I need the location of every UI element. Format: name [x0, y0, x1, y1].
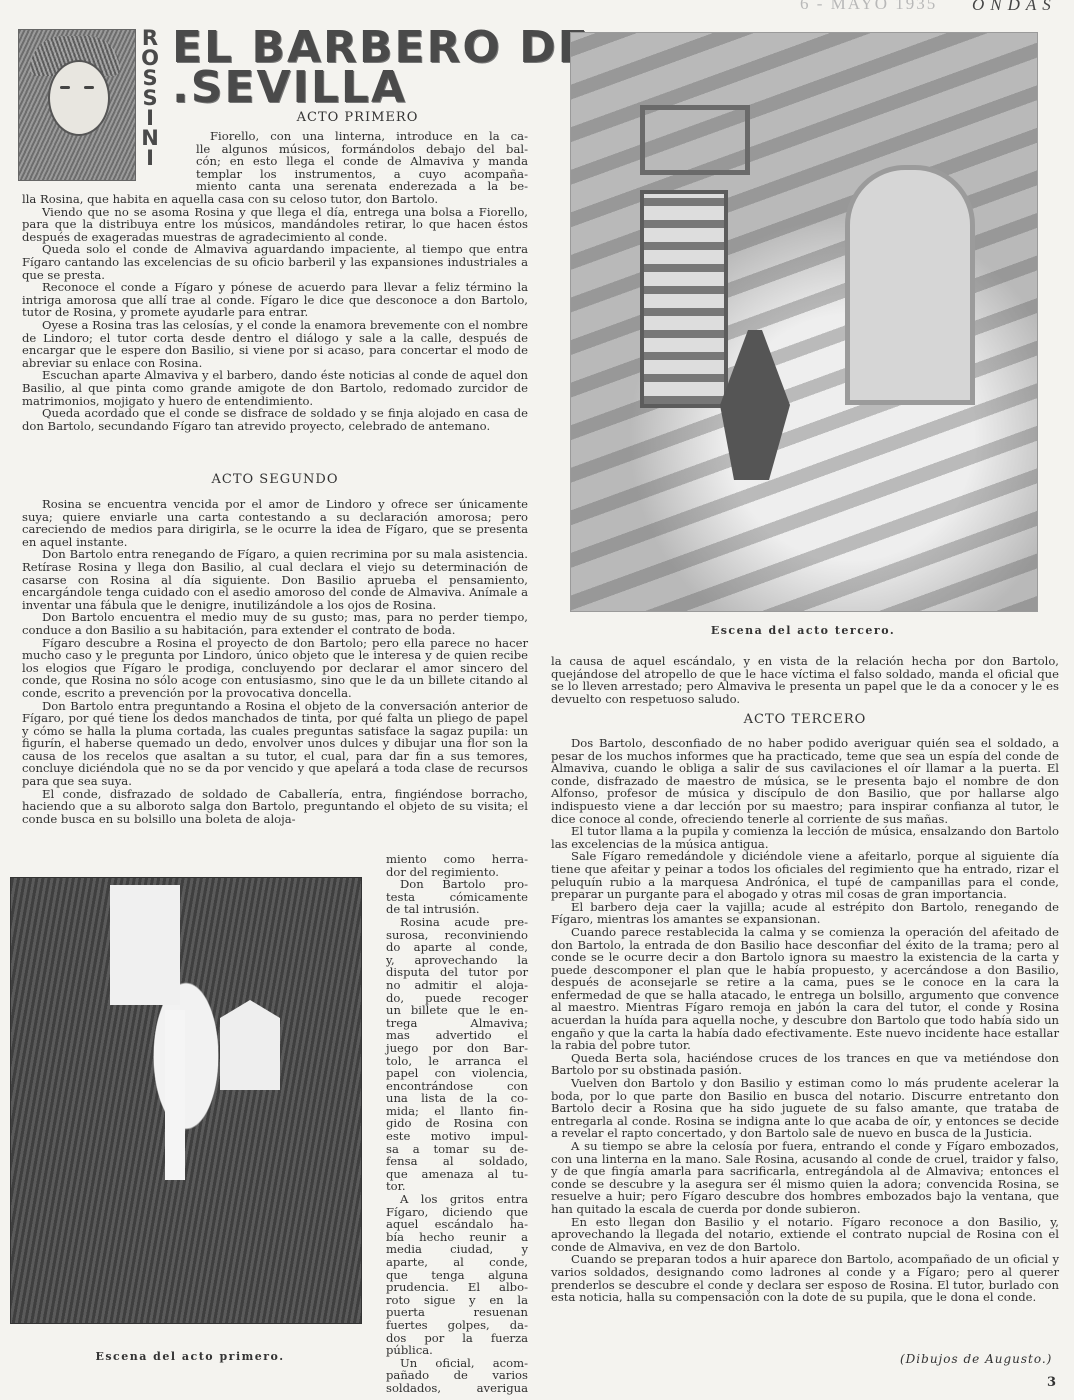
- act1-scene-illustration: [10, 877, 362, 1324]
- text-line: no admitir el aloja-: [386, 979, 528, 992]
- text-line: aparte, al conde,: [386, 1256, 528, 1269]
- narrow-column-lines: miento como herra-dor del regimiento.Don…: [386, 853, 528, 1395]
- composer-letter: N: [139, 128, 161, 148]
- act3-illustration-caption: Escena del acto tercero.: [570, 624, 1036, 637]
- composer-letters: ROSSINI: [139, 28, 161, 168]
- act1-body: lla Rosina, que habita en aquella casa c…: [22, 193, 528, 432]
- paragraph: Don Bartolo entra renegando de Fígaro, a…: [22, 548, 528, 611]
- act2-paragraphs: Rosina se encuentra vencida por el amor …: [22, 498, 528, 825]
- text-line: soldados, averigua: [386, 1382, 528, 1395]
- illustration-credit: (Dibujos de Augusto.): [900, 1352, 1052, 1366]
- composer-letter: O: [139, 48, 161, 68]
- text-line: una lista de la co-: [386, 1092, 528, 1105]
- paragraph: Vuelven don Bartolo y don Basilio y esti…: [551, 1077, 1059, 1140]
- illustration-house-shape: [110, 885, 180, 1005]
- paragraph: Oyese a Rosina tras las celosías, y el c…: [22, 319, 528, 369]
- act3-body: Dos Bartolo, desconfiado de no haber pod…: [551, 737, 1059, 1304]
- text-line: pública.: [386, 1344, 528, 1357]
- portrait-eye-icon: [60, 86, 70, 89]
- text-line: un billete que le en-: [386, 1004, 528, 1017]
- continuation-paragraph: la causa de aquel escándalo, y en vista …: [551, 655, 1059, 705]
- paragraph: En esto llegan don Basilio y el notario.…: [551, 1216, 1059, 1254]
- paragraph: Don Bartolo encuentra el medio muy de su…: [22, 611, 528, 636]
- paragraph: Escuchan aparte Almaviva y el barbero, d…: [22, 369, 528, 407]
- text-line: este motivo impul-: [386, 1130, 528, 1143]
- paragraph: Sale Fígaro remedándole y diciéndole vie…: [551, 850, 1059, 900]
- text-line: papel con violencia,: [386, 1067, 528, 1080]
- paragraph: Dos Bartolo, desconfiado de no haber pod…: [551, 737, 1059, 825]
- composer-letter: S: [139, 68, 161, 88]
- composer-letter: S: [139, 88, 161, 108]
- paragraph: El barbero deja caer la vajilla; acude a…: [551, 901, 1059, 926]
- composer-letter: I: [139, 108, 161, 128]
- text-line: miento como herra-: [386, 853, 528, 866]
- act3-paragraphs: Dos Bartolo, desconfiado de no haber pod…: [551, 737, 1059, 1304]
- text-line: fuertes golpes, da-: [386, 1319, 528, 1332]
- paragraph: Queda Berta sola, haciéndose cruces de l…: [551, 1052, 1059, 1077]
- illustration-house-shape: [220, 1000, 280, 1090]
- act2-narrow-column: miento como herra-dor del regimiento.Don…: [386, 853, 528, 1395]
- text-line: do aparte al conde,: [386, 941, 528, 954]
- illustration-arch-shape: [845, 165, 975, 405]
- paragraph: Fígaro descubre a Rosina el proyecto de …: [22, 637, 528, 700]
- portrait-face-shape: [48, 60, 110, 136]
- publication-name: ONDAS: [972, 0, 1057, 15]
- act1-heading: ACTO PRIMERO: [175, 110, 540, 125]
- act1-intro-lines: Fiorello, con una linterna, introduce en…: [196, 130, 528, 193]
- act1-illustration-caption: Escena del acto primero.: [60, 1350, 320, 1363]
- paragraph: El conde, disfrazado de soldado de Cabal…: [22, 788, 528, 826]
- illustration-picture-frame-shape: [640, 105, 750, 175]
- text-line: prudencia. El albo-: [386, 1281, 528, 1294]
- paragraph: Queda acordado que el conde se disfrace …: [22, 407, 528, 432]
- text-line: A los gritos entra: [386, 1193, 528, 1206]
- text-line: cón; en esto llega el conde de Almaviva …: [196, 155, 528, 168]
- portrait-eye-icon: [84, 86, 94, 89]
- paragraph: Rosina se encuentra vencida por el amor …: [22, 498, 528, 548]
- composer-letter: R: [139, 28, 161, 48]
- date-stamp: 6 - MAYO 1935: [800, 0, 937, 14]
- paragraph: Cuando parece restablecida la calma y se…: [551, 926, 1059, 1052]
- composer-letter: I: [139, 148, 161, 168]
- act1-intro: Fiorello, con una linterna, introduce en…: [196, 130, 528, 193]
- illustration-door-shape: [640, 190, 728, 408]
- paragraph: Queda solo el conde de Almaviva aguardan…: [22, 243, 528, 281]
- act1-paragraphs: lla Rosina, que habita en aquella casa c…: [22, 193, 528, 432]
- illustration-alley-shape: [165, 1010, 185, 1180]
- text-line: juego por don Bar-: [386, 1042, 528, 1055]
- text-line: fensa al soldado,: [386, 1155, 528, 1168]
- title-line-2: .SEVILLA: [172, 68, 590, 108]
- text-line: aquel escándalo ha-: [386, 1218, 528, 1231]
- act2-heading: ACTO SEGUNDO: [22, 472, 528, 487]
- act3-heading: ACTO TERCERO: [551, 712, 1059, 727]
- text-line: Rosina acude pre-: [386, 916, 528, 929]
- act2-continuation: la causa de aquel escándalo, y en vista …: [551, 655, 1059, 705]
- paragraph: El tutor llama a la pupila y comienza la…: [551, 825, 1059, 850]
- paragraph: Reconoce el conde a Fígaro y pónese de a…: [22, 281, 528, 319]
- paragraph: Don Bartolo entra preguntando a Rosina e…: [22, 700, 528, 788]
- paragraph: lla Rosina, que habita en aquella casa c…: [22, 193, 528, 206]
- text-line: Fiorello, con una linterna, introduce en…: [196, 130, 528, 143]
- page-title: EL BARBERO DE .SEVILLA: [172, 28, 590, 108]
- paragraph: Viendo que no se asoma Rosina y que lleg…: [22, 206, 528, 244]
- composer-name-vertical: ROSSINI: [139, 28, 161, 168]
- page-number: 3: [1047, 1375, 1056, 1390]
- act2-body: Rosina se encuentra vencida por el amor …: [22, 498, 528, 825]
- paragraph: A su tiempo se abre la celosía por fuera…: [551, 1140, 1059, 1216]
- text-line: que amenaza al tu-: [386, 1168, 528, 1181]
- text-line: Don Bartolo pro-: [386, 878, 528, 891]
- paragraph: Cuando se preparan todos a huir aparece …: [551, 1253, 1059, 1303]
